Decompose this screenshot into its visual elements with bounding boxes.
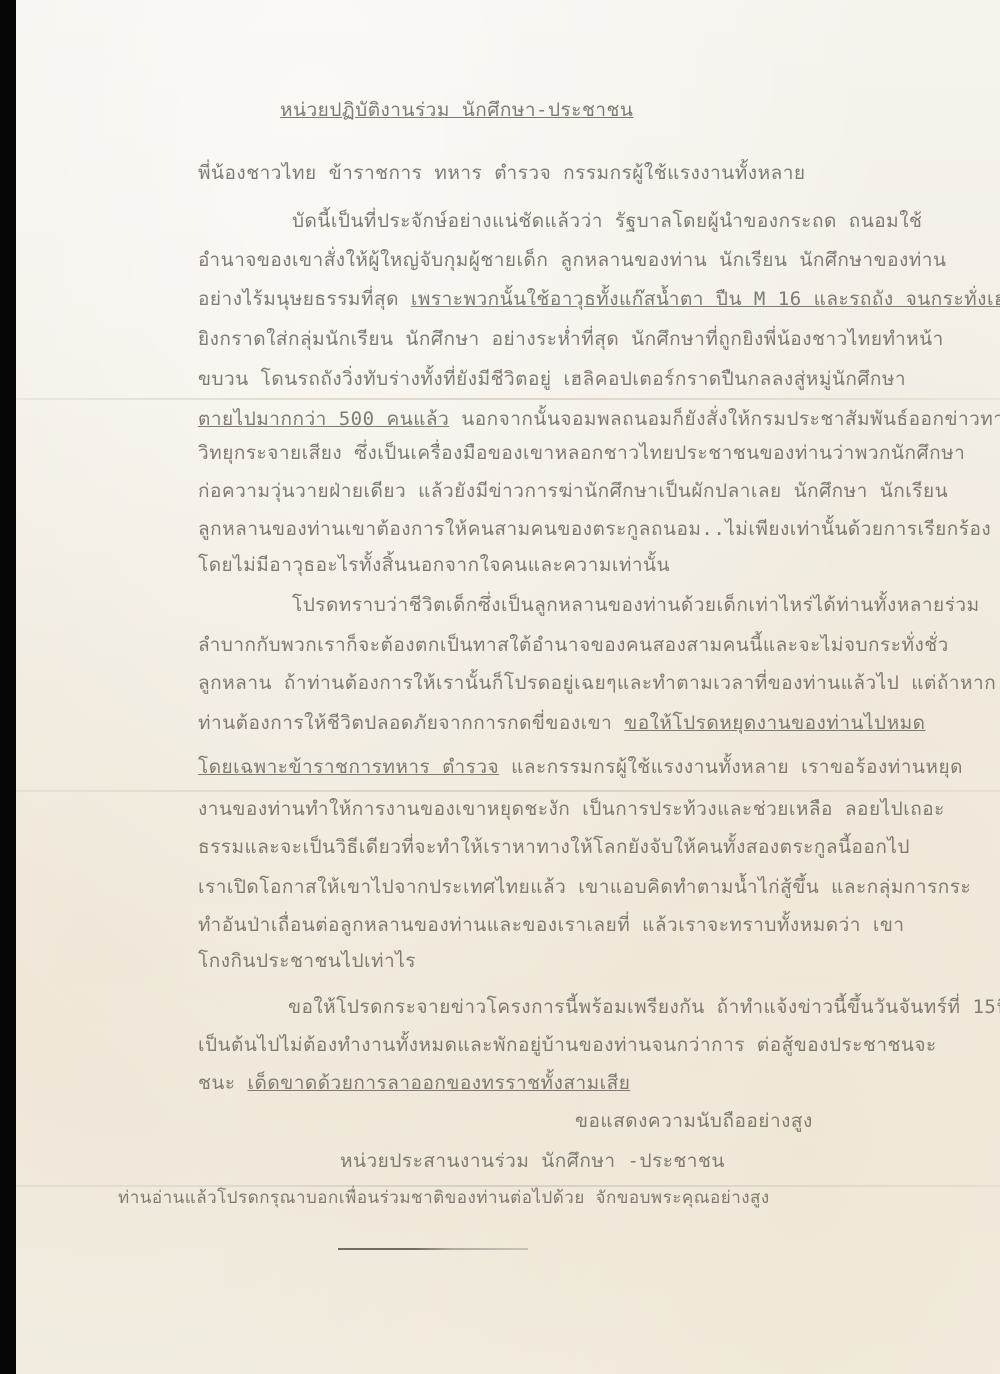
paragraph-line: ธรรมและจะเป็นวิธีเดียวที่จะทำให้เราหาทาง…: [198, 832, 910, 862]
paragraph-line: โดยไม่มีอาวุธอะไรทั้งสิ้นนอกจากใจคนและคว…: [198, 550, 670, 580]
paragraph-line: ชนะ เด็ดขาดด้วยการลาออกของทรราชทั้งสามเส…: [198, 1068, 630, 1098]
signature: หน่วยประสานงานร่วม นักศึกษา -ประชาชน: [340, 1146, 725, 1176]
document-title: หน่วยปฏิบัติงานร่วม นักศึกษา-ประชาชน: [280, 95, 633, 125]
underlined-text: ตายไปมากกว่า 500 คนแล้ว: [198, 408, 449, 430]
paragraph-line: ขบวน โดนรถถังวิ่งทับร่างทั้งที่ยังมีชีวิ…: [198, 364, 906, 394]
text-span: และกรรมกรผู้ใช้แรงงานทั้งหลาย เราขอร้องท…: [511, 756, 963, 778]
paragraph-line: ขอให้โปรดกระจายข่าวโครงการนี้พร้อมเพรียง…: [288, 992, 1000, 1022]
paragraph-line: ตายไปมากกว่า 500 คนแล้ว นอกจากนั้นจอมพลถ…: [198, 404, 1000, 434]
text-span: อย่างไร้มนุษยธรรมที่สุด: [198, 288, 399, 310]
paragraph-line: ก่อความวุ่นวายฝ่ายเดียว แล้วยังมีข่าวการ…: [198, 476, 948, 506]
underlined-text: โดยเฉพาะข้าราชการทหาร ตำรวจ: [198, 756, 499, 778]
paragraph-line: ท่านต้องการให้ชีวิตปลอดภัยจากการกดขี่ของ…: [198, 708, 926, 738]
paragraph-line: ลำบากกับพวกเราก็จะต้องตกเป็นทาสใต้อำนาจข…: [198, 630, 949, 660]
fold-crease: [16, 790, 1000, 792]
paragraph-line: โกงกินประชาชนไปเท่าไร: [198, 946, 416, 976]
footnote: ท่านอ่านแล้วโปรดกรุณาบอกเพื่อนร่วมชาติขอ…: [118, 1184, 770, 1211]
paragraph-line: วิทยุกระจายเสียง ซึ่งเป็นเครื่องมือของเข…: [198, 438, 965, 468]
paragraph-line: โดยเฉพาะข้าราชการทหาร ตำรวจ และกรรมกรผู้…: [198, 752, 963, 782]
text-span: ท่านต้องการให้ชีวิตปลอดภัยจากการกดขี่ของ…: [198, 712, 612, 734]
paragraph-line: ลูกหลาน ถ้าท่านต้องการให้เรานั้นก็โปรดอย…: [198, 668, 996, 698]
underlined-text: เด็ดขาดด้วยการลาออกของทรราชทั้งสามเสีย: [248, 1072, 631, 1094]
paragraph-line: อำนาจของเขาสั่งให้ผู้ใหญ่จับกุมผู้ชายเด็…: [198, 245, 946, 275]
paragraph-line: ยิงกราดใส่กลุ่มนักเรียน นักศึกษา อย่างระ…: [198, 324, 944, 354]
text-span: ชนะ: [198, 1072, 236, 1094]
paragraph-line: บัดนี้เป็นที่ประจักษ์อย่างแน่ชัดแล้วว่า …: [292, 206, 922, 236]
paragraph-line: อย่างไร้มนุษยธรรมที่สุด เพราะพวกนั้นใช้อ…: [198, 284, 1000, 314]
paragraph-line: โปรดทราบว่าชีวิตเด็กซึ่งเป็นลูกหลานของท่…: [292, 590, 980, 620]
closing: ขอแสดงความนับถืออย่างสูง: [575, 1106, 813, 1136]
paragraph-line: เป็นต้นไปไม่ต้องทำงานทั้งหมดและพักอยู่บ้…: [198, 1030, 937, 1060]
underlined-text: ขอให้โปรดหยุดงานของท่านไปหมด: [624, 712, 925, 734]
bottom-rule: [338, 1248, 528, 1250]
text-span: นอกจากนั้นจอมพลถนอมก็ยังสั่งให้กรมประชาส…: [461, 408, 1000, 430]
paragraph-line: งานของท่านทำให้การงานของเขาหยุดชะงัก เป็…: [198, 794, 945, 824]
paragraph-line: ทำอันป่าเถื่อนต่อลูกหลานของท่านและของเรา…: [198, 910, 905, 940]
underlined-text: เพราะพวกนั้นใช้อาวุธทั้งแก๊สน้ำตา ปืน M …: [411, 288, 1000, 310]
fold-crease: [16, 398, 1000, 400]
scan-edge: [0, 0, 16, 1374]
salutation: พี่น้องชาวไทย ข้าราชการ ทหาร ตำรวจ กรรมก…: [198, 158, 806, 188]
paragraph-line: ลูกหลานของท่านเขาต้องการให้คนสามคนของตระ…: [198, 514, 991, 544]
paragraph-line: เราเปิดโอกาสให้เขาไปจากประเทศไทยแล้ว เขา…: [198, 872, 971, 902]
